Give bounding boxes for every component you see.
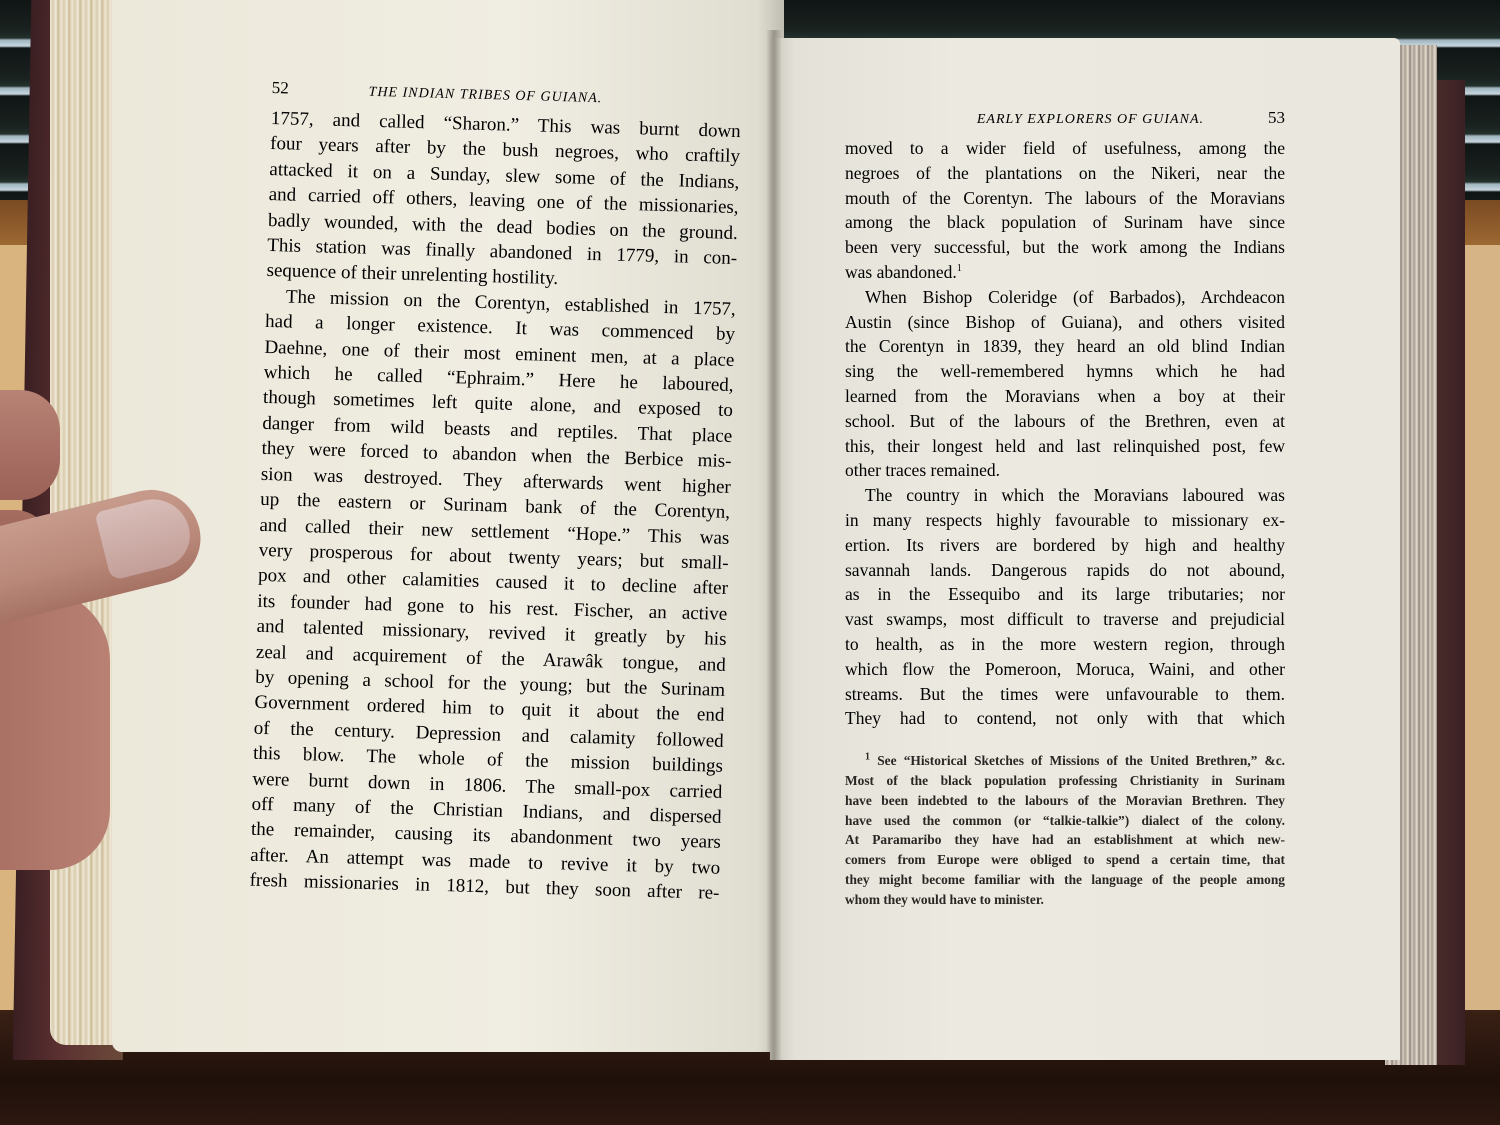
text-line-content: was abandoned. — [845, 262, 957, 282]
footnote: 1 See “Historical Sketches of Missions o… — [845, 751, 1285, 909]
running-head-title-right: EARLY EXPLORERS OF GUIANA. — [977, 112, 1204, 128]
footnote-line: they might become familiar with the lang… — [845, 870, 1285, 890]
right-page-text: EARLY EXPLORERS OF GUIANA. 53 moved to a… — [845, 108, 1285, 910]
page-number-left: 52 — [271, 78, 289, 98]
text-line: vast swamps, most difficult to traverse … — [845, 607, 1285, 632]
page-number-right: 53 — [1268, 108, 1285, 128]
text-line: this, their longest held and last relinq… — [845, 434, 1285, 459]
left-page-text: 52 THE INDIAN TRIBES OF GUIANA. 1757, an… — [249, 78, 742, 906]
thumbnail — [94, 492, 196, 581]
text-line: been very successful, but the work among… — [845, 235, 1285, 260]
footnote-reference[interactable]: 1 — [957, 263, 962, 274]
running-head-title-left: THE INDIAN TRIBES OF GUIANA. — [368, 85, 602, 108]
text-line: ertion. Its rivers are bordered by high … — [845, 533, 1285, 558]
palm — [0, 590, 110, 870]
text-line: as in the Essequibo and its large tribut… — [845, 582, 1285, 607]
text-line: savannah lands. Dangerous rapids do not … — [845, 558, 1285, 583]
footnote-line: At Paramaribo they have had an establish… — [845, 830, 1285, 850]
thumb — [0, 479, 210, 623]
footnote-marker: 1 — [865, 752, 870, 763]
footnote-line: Most of the black population professing … — [845, 771, 1285, 791]
text-line: sing the well-remembered hymns which he … — [845, 359, 1285, 384]
footnote-line: 1 See “Historical Sketches of Missions o… — [845, 751, 1285, 771]
text-line: streams. But the times were unfavourable… — [845, 682, 1285, 707]
hand-holding-book — [0, 390, 200, 870]
text-line: in many respects highly favourable to mi… — [845, 508, 1285, 533]
text-line: other traces remained. — [845, 458, 1285, 483]
footnote-line-content: See “Historical Sketches of Missions of … — [877, 753, 1285, 768]
text-line: negroes of the plantations on the Nikeri… — [845, 161, 1285, 186]
text-line: the Corentyn in 1839, they heard an old … — [845, 334, 1285, 359]
footnote-line: have used the common (or “talkie-talkie”… — [845, 811, 1285, 831]
text-line: which flow the Pomeroon, Moruca, Waini, … — [845, 657, 1285, 682]
text-line: learned from the Moravians when a boy at… — [845, 384, 1285, 409]
text-line: Austin (since Bishop of Guiana), and oth… — [845, 310, 1285, 335]
running-head-right: EARLY EXPLORERS OF GUIANA. 53 — [845, 108, 1285, 128]
footnote-line: comers from Europe were obliged to spend… — [845, 850, 1285, 870]
text-line: mouth of the Corentyn. The labours of th… — [845, 186, 1285, 211]
text-line: They had to contend, not only with that … — [845, 706, 1285, 731]
finger — [0, 390, 60, 500]
text-line: among the black population of Surinam ha… — [845, 210, 1285, 235]
text-line: moved to a wider field of usefulness, am… — [845, 136, 1285, 161]
text-line: to health, as in the more western region… — [845, 632, 1285, 657]
text-line: school. But of the labours of the Brethr… — [845, 409, 1285, 434]
text-line: The country in which the Moravians labou… — [845, 483, 1285, 508]
footnote-line: whom they would have to minister. — [845, 890, 1285, 910]
text-line: When Bishop Coleridge (of Barbados), Arc… — [845, 285, 1285, 310]
footnote-line: have been indebted to the labours of the… — [845, 791, 1285, 811]
text-line: was abandoned.1 — [845, 260, 1285, 285]
book-gutter — [766, 30, 782, 1060]
